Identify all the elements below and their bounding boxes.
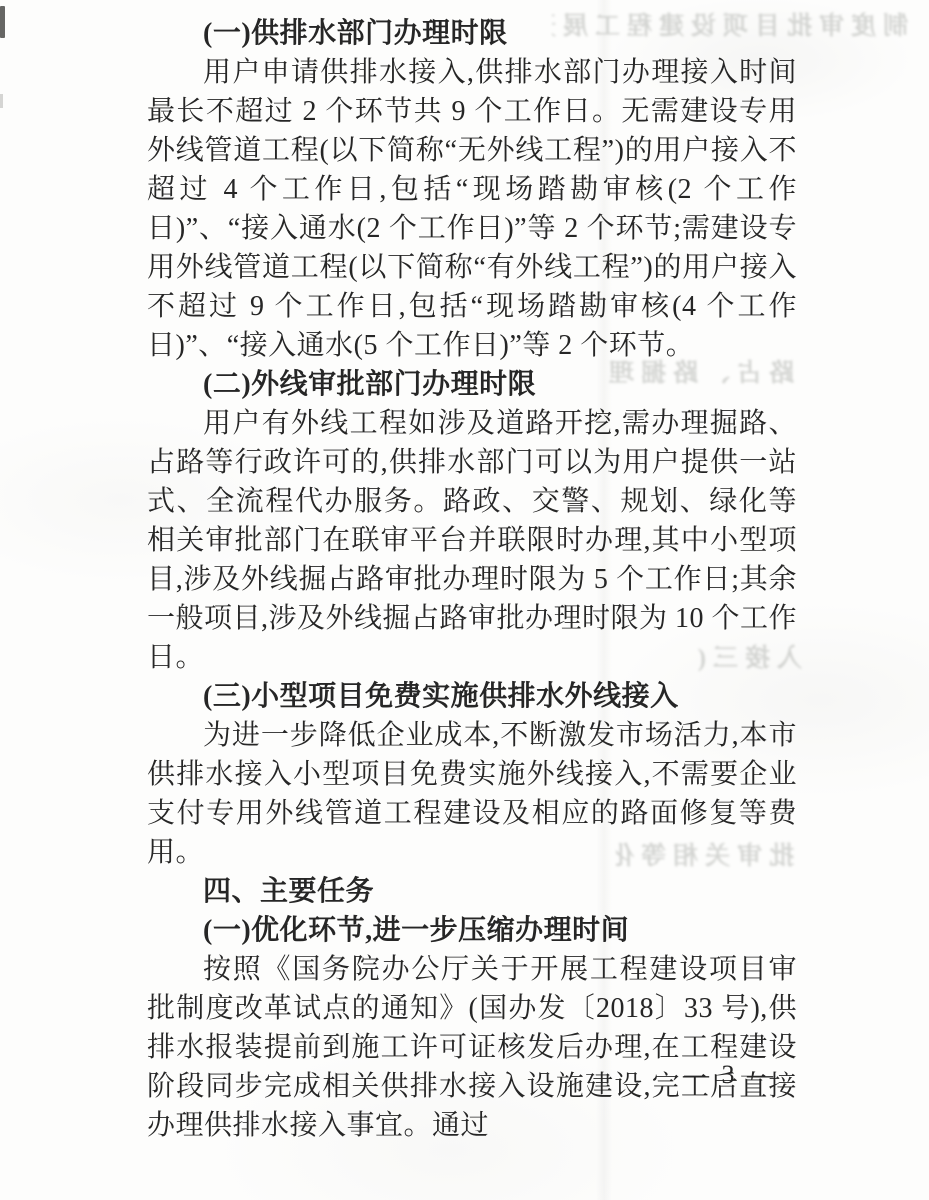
chapter-heading-main-tasks: 四、主要任务 xyxy=(147,872,797,911)
section-heading-optimize-steps: (一)优化环节,进一步压缩办理时间 xyxy=(147,911,797,950)
section-heading-external-approval-time: (二)外线审批部门办理时限 xyxy=(147,365,797,404)
page-number: — 3 — xyxy=(683,1060,776,1090)
document-body: (一)供排水部门办理时限 用户申请供排水接入,供排水部门办理接入时间最长不超过 … xyxy=(147,14,797,1145)
paragraph-water-dept-time-limit: 用户申请供排水接入,供排水部门办理接入时间最长不超过 2 个环节共 9 个工作日… xyxy=(147,53,797,365)
paragraph-optimize-steps: 按照《国务院办公厅关于开展工程建设项目审批制度改革试点的通知》(国办发〔2018… xyxy=(147,950,797,1145)
paragraph-free-small-projects: 为进一步降低企业成本,不断激发市场活力,本市供排水接入小型项目免费实施外线接入,… xyxy=(147,716,797,872)
scanned-page: 制度审批目项设建程工展开 路占、路掘理 入接三( 批审关相等化 (一)供排水部门… xyxy=(0,0,929,1200)
scan-edge-mark xyxy=(0,94,3,108)
section-heading-free-small-projects: (三)小型项目免费实施供排水外线接入 xyxy=(147,677,797,716)
section-heading-water-dept-time-limit: (一)供排水部门办理时限 xyxy=(147,14,797,53)
scan-edge-mark xyxy=(0,6,5,38)
paragraph-external-approval-time: 用户有外线工程如涉及道路开挖,需办理掘路、占路等行政许可的,供排水部门可以为用户… xyxy=(147,404,797,677)
